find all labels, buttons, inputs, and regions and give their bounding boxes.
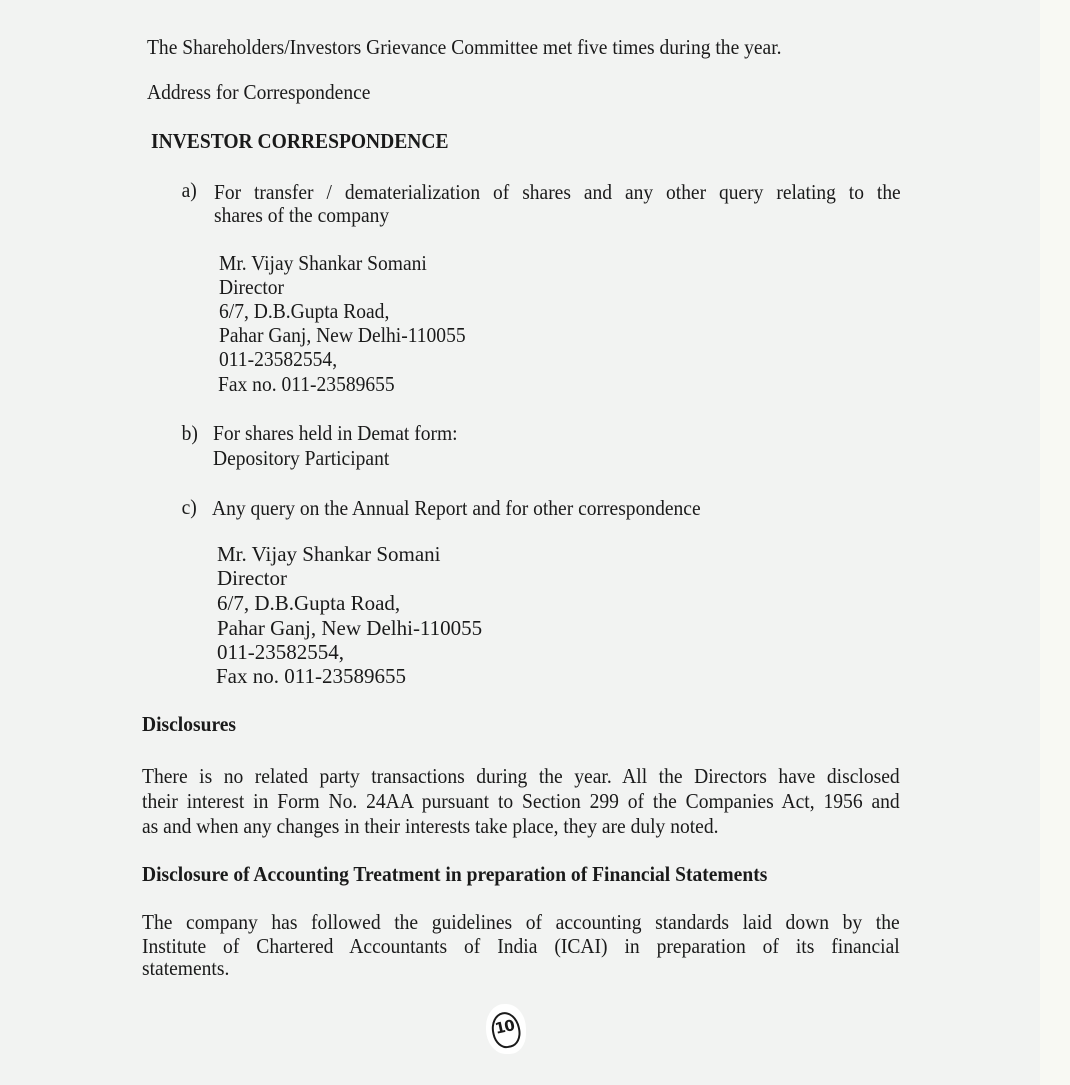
disclosures-line-1: There is no related party transactions d…: [142, 764, 900, 788]
item-b-line-1: For shares held in Demat form:: [213, 421, 458, 445]
intro-line: The Shareholders/Investors Grievance Com…: [147, 35, 782, 59]
item-a-phone: 011-23582554,: [219, 347, 337, 371]
disclosures-heading: Disclosures: [142, 712, 236, 736]
accounting-line-3: statements.: [142, 956, 229, 980]
accounting-heading: Disclosure of Accounting Treatment in pr…: [142, 862, 767, 886]
item-c-address-line1: 6/7, D.B.Gupta Road,: [217, 591, 400, 615]
item-c-contact-title: Director: [217, 566, 287, 590]
item-c-phone: 011-23582554,: [217, 640, 344, 664]
item-b-marker: b): [182, 421, 198, 445]
disclosures-line-3: as and when any changes in their interes…: [142, 814, 718, 838]
section-heading: INVESTOR CORRESPONDENCE: [151, 129, 449, 153]
address-label: Address for Correspondence: [147, 80, 370, 104]
item-a-contact-title: Director: [219, 275, 284, 299]
accounting-line-1: The company has followed the guidelines …: [142, 910, 900, 934]
item-c-contact-name: Mr. Vijay Shankar Somani: [217, 542, 441, 566]
accounting-line-2: Institute of Chartered Accountants of In…: [142, 934, 900, 958]
item-a-line-1: For transfer / dematerialization of shar…: [214, 180, 901, 204]
page-number: 10: [490, 1008, 522, 1050]
item-a-marker: a): [182, 178, 197, 202]
disclosures-line-2: their interest in Form No. 24AA pursuant…: [142, 789, 900, 813]
scan-edge: [1040, 0, 1070, 1085]
item-c-address-line2: Pahar Ganj, New Delhi-110055: [217, 616, 482, 640]
item-c-fax: Fax no. 011-23589655: [216, 664, 406, 688]
item-a-fax: Fax no. 011-23589655: [218, 372, 395, 396]
item-a-address-line2: Pahar Ganj, New Delhi-110055: [219, 323, 466, 347]
page-number-text: 10: [493, 1016, 515, 1038]
item-b-line-2: Depository Participant: [213, 446, 389, 470]
item-a-address-line1: 6/7, D.B.Gupta Road,: [219, 299, 389, 323]
item-c-line-1: Any query on the Annual Report and for o…: [212, 496, 701, 520]
item-c-marker: c): [182, 495, 197, 519]
item-a-contact-name: Mr. Vijay Shankar Somani: [219, 251, 427, 275]
item-a-line-2: shares of the company: [214, 203, 389, 227]
